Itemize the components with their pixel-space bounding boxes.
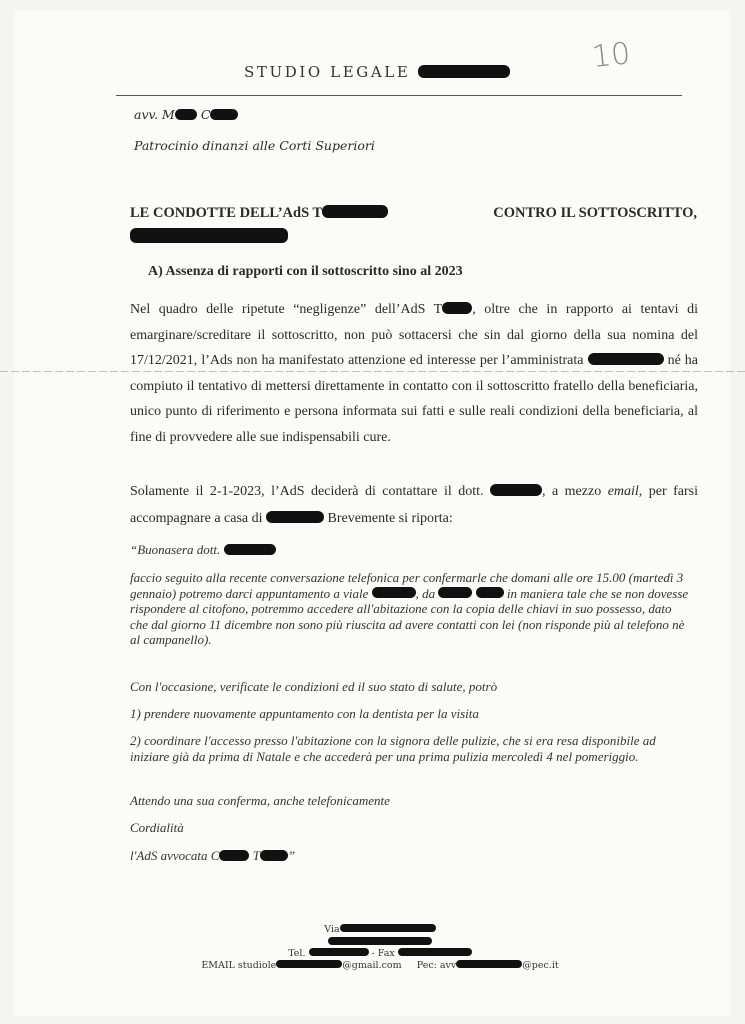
header-rule <box>116 95 682 96</box>
scan-fold-line <box>0 371 745 372</box>
redaction <box>490 484 542 496</box>
redaction <box>442 302 472 314</box>
redaction <box>260 850 288 861</box>
redaction <box>175 109 197 120</box>
redaction <box>476 587 504 598</box>
redaction <box>266 511 324 523</box>
quote-closing: Attendo una sua conferma, anche telefoni… <box>130 793 690 809</box>
redaction <box>588 353 664 365</box>
quote-body: faccio seguito alla recente conversazion… <box>130 570 690 648</box>
redaction <box>372 587 416 598</box>
redaction <box>130 228 288 243</box>
quote-regards: Cordialità <box>130 820 690 836</box>
paragraph-1: Nel quadro delle ripetute “negligenze” d… <box>130 297 698 450</box>
redaction <box>309 948 369 956</box>
redaction <box>398 948 472 956</box>
firm-subtitle: Patrocinio dinanzi alle Corti Superiori <box>134 138 375 153</box>
footer-address: Via <box>180 924 580 935</box>
quote-intro: Con l'occasione, verificate le condizion… <box>130 679 690 695</box>
firm-title: STUDIO LEGALE <box>244 63 510 81</box>
redaction <box>418 65 510 78</box>
quote-item-1: 1) prendere nuovamente appuntamento con … <box>130 706 690 722</box>
redaction <box>322 205 388 217</box>
footer-email: EMAIL studiole@gmail.com Pec: avv@pec.it <box>180 960 580 971</box>
quote-item-2: 2) coordinare l'accesso presso l'abitazi… <box>130 733 690 764</box>
lawyer-name: avv. M C <box>134 107 238 122</box>
redaction <box>219 850 249 861</box>
quote-signature: l'AdS avvocata C T” <box>130 848 690 864</box>
section-title: LE CONDOTTE DELL’AdS T CONTRO IL SOTTOSC… <box>130 205 697 222</box>
quote-greeting: “Buonasera dott. <box>130 542 690 558</box>
redaction <box>276 960 342 968</box>
paragraph-2: Solamente il 2-1-2023, l’AdS deciderà di… <box>130 478 698 532</box>
footer-city <box>180 937 580 948</box>
footer-phone: Tel. - Fax <box>180 948 580 959</box>
redaction <box>328 937 432 945</box>
redaction <box>210 109 238 120</box>
redaction <box>340 924 436 932</box>
redaction <box>456 960 522 968</box>
redaction <box>438 587 472 598</box>
subsection-title: A) Assenza di rapporti con il sottoscrit… <box>148 264 463 280</box>
section-title-redacted-line <box>130 228 288 247</box>
redaction <box>224 544 276 555</box>
handwritten-page-number: 10 <box>590 36 632 75</box>
